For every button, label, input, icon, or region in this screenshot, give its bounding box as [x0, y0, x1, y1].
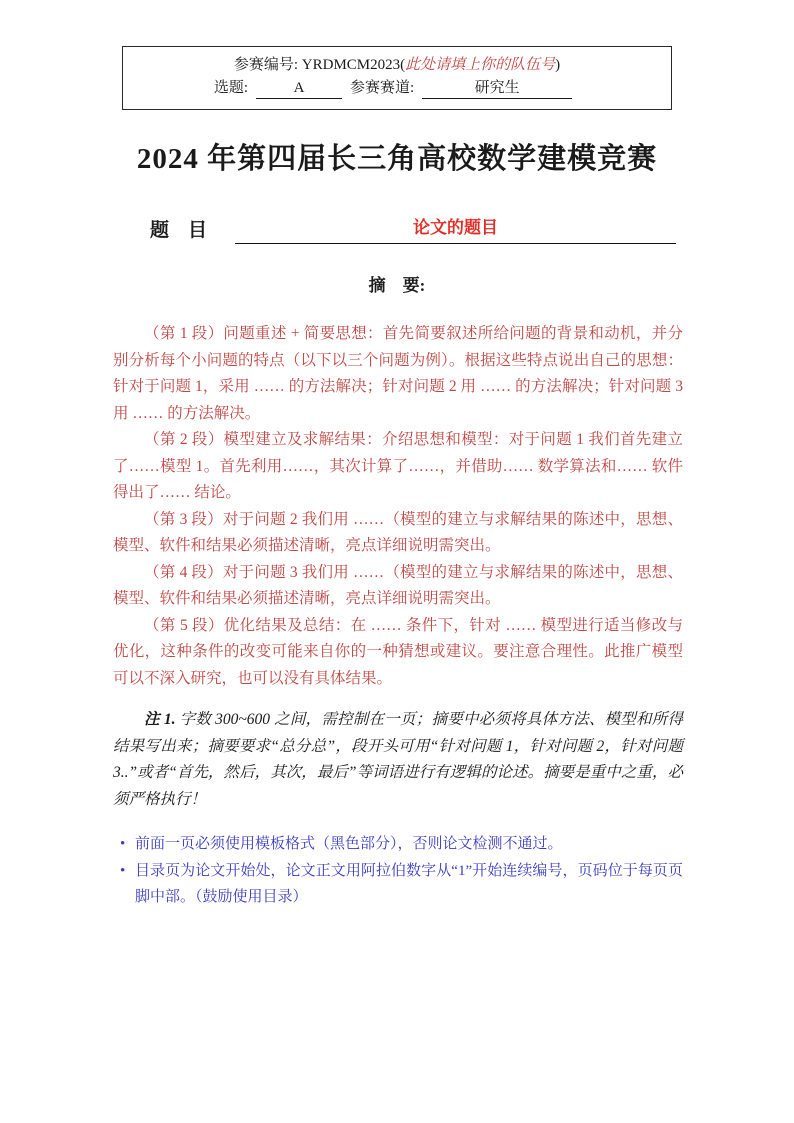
- topic-select-label: 选题:: [214, 80, 248, 96]
- topic-select-value: A: [256, 79, 342, 99]
- abstract-paragraph-1: （第 1 段）问题重述 + 简要思想：首先简要叙述所给问题的背景和动机，并分别分…: [113, 321, 683, 427]
- note-text: 字数 300~600 之间，需控制在一页；摘要中必须将具体方法、模型和所得结果写…: [113, 711, 683, 808]
- paper-title-field: 论文的题目: [235, 213, 676, 244]
- document-page: 参赛编号: YRDMCM2023(此处请填上你的队伍号) 选题:A参赛赛道:研究…: [0, 0, 794, 1123]
- paper-title-row: 题 目 论文的题目: [150, 213, 676, 244]
- note-paragraph: 注 1. 字数 300~600 之间，需控制在一页；摘要中必须将具体方法、模型和…: [113, 707, 683, 813]
- entry-number-prefix: 参赛编号: YRDMCM2023(: [234, 57, 405, 73]
- list-item: •目录页为论文开始处，论文正文用阿拉伯数字从“1”开始连续编号，页码位于每页页脚…: [118, 858, 683, 911]
- entry-info-box: 参赛编号: YRDMCM2023(此处请填上你的队伍号) 选题:A参赛赛道:研究…: [122, 46, 672, 110]
- entry-number-placeholder: 此处请填上你的队伍号: [405, 57, 555, 73]
- abstract-paragraph-4: （第 4 段）对于问题 3 我们用 ……（模型的建立与求解结果的陈述中，思想、模…: [113, 560, 683, 613]
- paper-title-label: 题 目: [150, 215, 207, 244]
- requirements-list: •前面一页必须使用模板格式（黑色部分），否则论文检测不通过。 •目录页为论文开始…: [118, 831, 683, 911]
- track-value: 研究生: [422, 79, 572, 99]
- abstract-heading: 摘 要:: [0, 271, 794, 296]
- abstract-paragraph-5: （第 5 段）优化结果及总结：在 …… 条件下，针对 …… 模型进行适当修改与优…: [113, 613, 683, 693]
- abstract-paragraph-3: （第 3 段）对于问题 2 我们用 ……（模型的建立与求解结果的陈述中，思想、模…: [113, 507, 683, 560]
- paper-title-value: 论文的题目: [413, 218, 498, 237]
- topic-track-line: 选题:A参赛赛道:研究生: [133, 77, 661, 100]
- track-label: 参赛赛道:: [350, 80, 414, 96]
- bullet-icon: •: [120, 831, 125, 858]
- list-item: •前面一页必须使用模板格式（黑色部分），否则论文检测不通过。: [118, 831, 683, 858]
- abstract-paragraph-2: （第 2 段）模型建立及求解结果：介绍思想和模型：对于问题 1 我们首先建立了……: [113, 427, 683, 507]
- entry-number-line: 参赛编号: YRDMCM2023(此处请填上你的队伍号): [133, 54, 661, 77]
- bullet-icon: •: [120, 858, 125, 885]
- entry-number-suffix: ): [555, 57, 560, 73]
- abstract-body: （第 1 段）问题重述 + 简要思想：首先简要叙述所给问题的背景和动机，并分别分…: [113, 321, 683, 911]
- list-item-text: 前面一页必须使用模板格式（黑色部分），否则论文检测不通过。: [135, 836, 563, 852]
- competition-title: 2024 年第四届长三角高校数学建模竞赛: [0, 136, 794, 177]
- list-item-text: 目录页为论文开始处，论文正文用阿拉伯数字从“1”开始连续编号，页码位于每页页脚中…: [135, 863, 683, 906]
- note-label: 注 1.: [144, 711, 175, 728]
